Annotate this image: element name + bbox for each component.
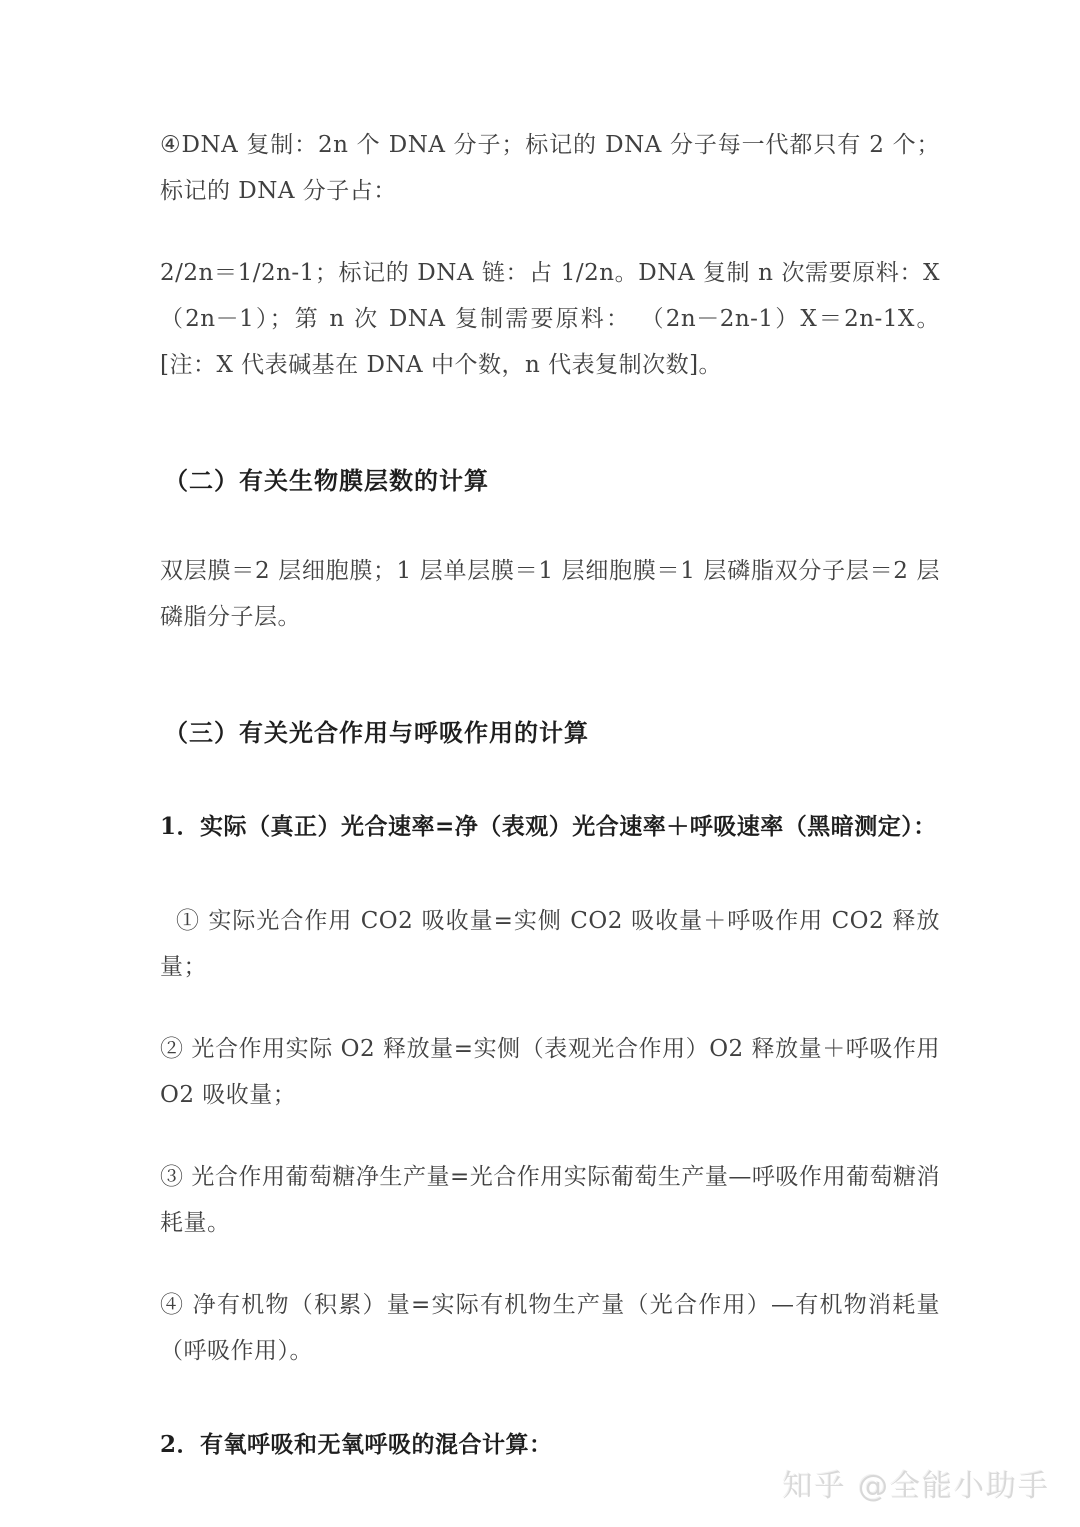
watermark: 知乎 @全能小助手 xyxy=(782,1461,1050,1505)
formula-item-net-organic-matter: ④ 净有机物（积累）量=实际有机物生产量（光合作用）—有机物消耗量（呼吸作用）。 xyxy=(160,1282,940,1374)
paragraph-dna-replication-intro: ④DNA 复制：2n 个 DNA 分子；标记的 DNA 分子每一代都只有 2 个… xyxy=(160,122,940,214)
subheading-actual-photosynthesis-rate: 1．实际（真正）光合速率=净（表观）光合速率＋呼吸速率（黑暗测定）： xyxy=(160,804,940,850)
section-heading-photosynthesis-respiration: （三）有关光合作用与呼吸作用的计算 xyxy=(160,710,940,756)
paragraph-membrane-layers: 双层膜＝2 层细胞膜；1 层单层膜＝1 层细胞膜＝1 层磷脂双分子层＝2 层磷脂… xyxy=(160,548,940,640)
formula-item-co2-absorption: ① 实际光合作用 CO2 吸收量=实侧 CO2 吸收量＋呼吸作用 CO2 释放量… xyxy=(160,898,940,990)
document-page: ④DNA 复制：2n 个 DNA 分子；标记的 DNA 分子每一代都只有 2 个… xyxy=(0,0,1080,1527)
section-heading-membrane-layers: （二）有关生物膜层数的计算 xyxy=(160,458,940,504)
paragraph-dna-replication-formulas: 2/2n＝1/2n-1；标记的 DNA 链：占 1/2n。DNA 复制 n 次需… xyxy=(160,250,940,388)
document-content: ④DNA 复制：2n 个 DNA 分子；标记的 DNA 分子每一代都只有 2 个… xyxy=(0,0,1080,1468)
formula-item-glucose-net-production: ③ 光合作用葡萄糖净生产量=光合作用实际葡萄生产量—呼吸作用葡萄糖消耗量。 xyxy=(160,1154,940,1246)
formula-item-o2-release: ② 光合作用实际 O2 释放量=实侧（表观光合作用）O2 释放量＋呼吸作用 O2… xyxy=(160,1026,940,1118)
